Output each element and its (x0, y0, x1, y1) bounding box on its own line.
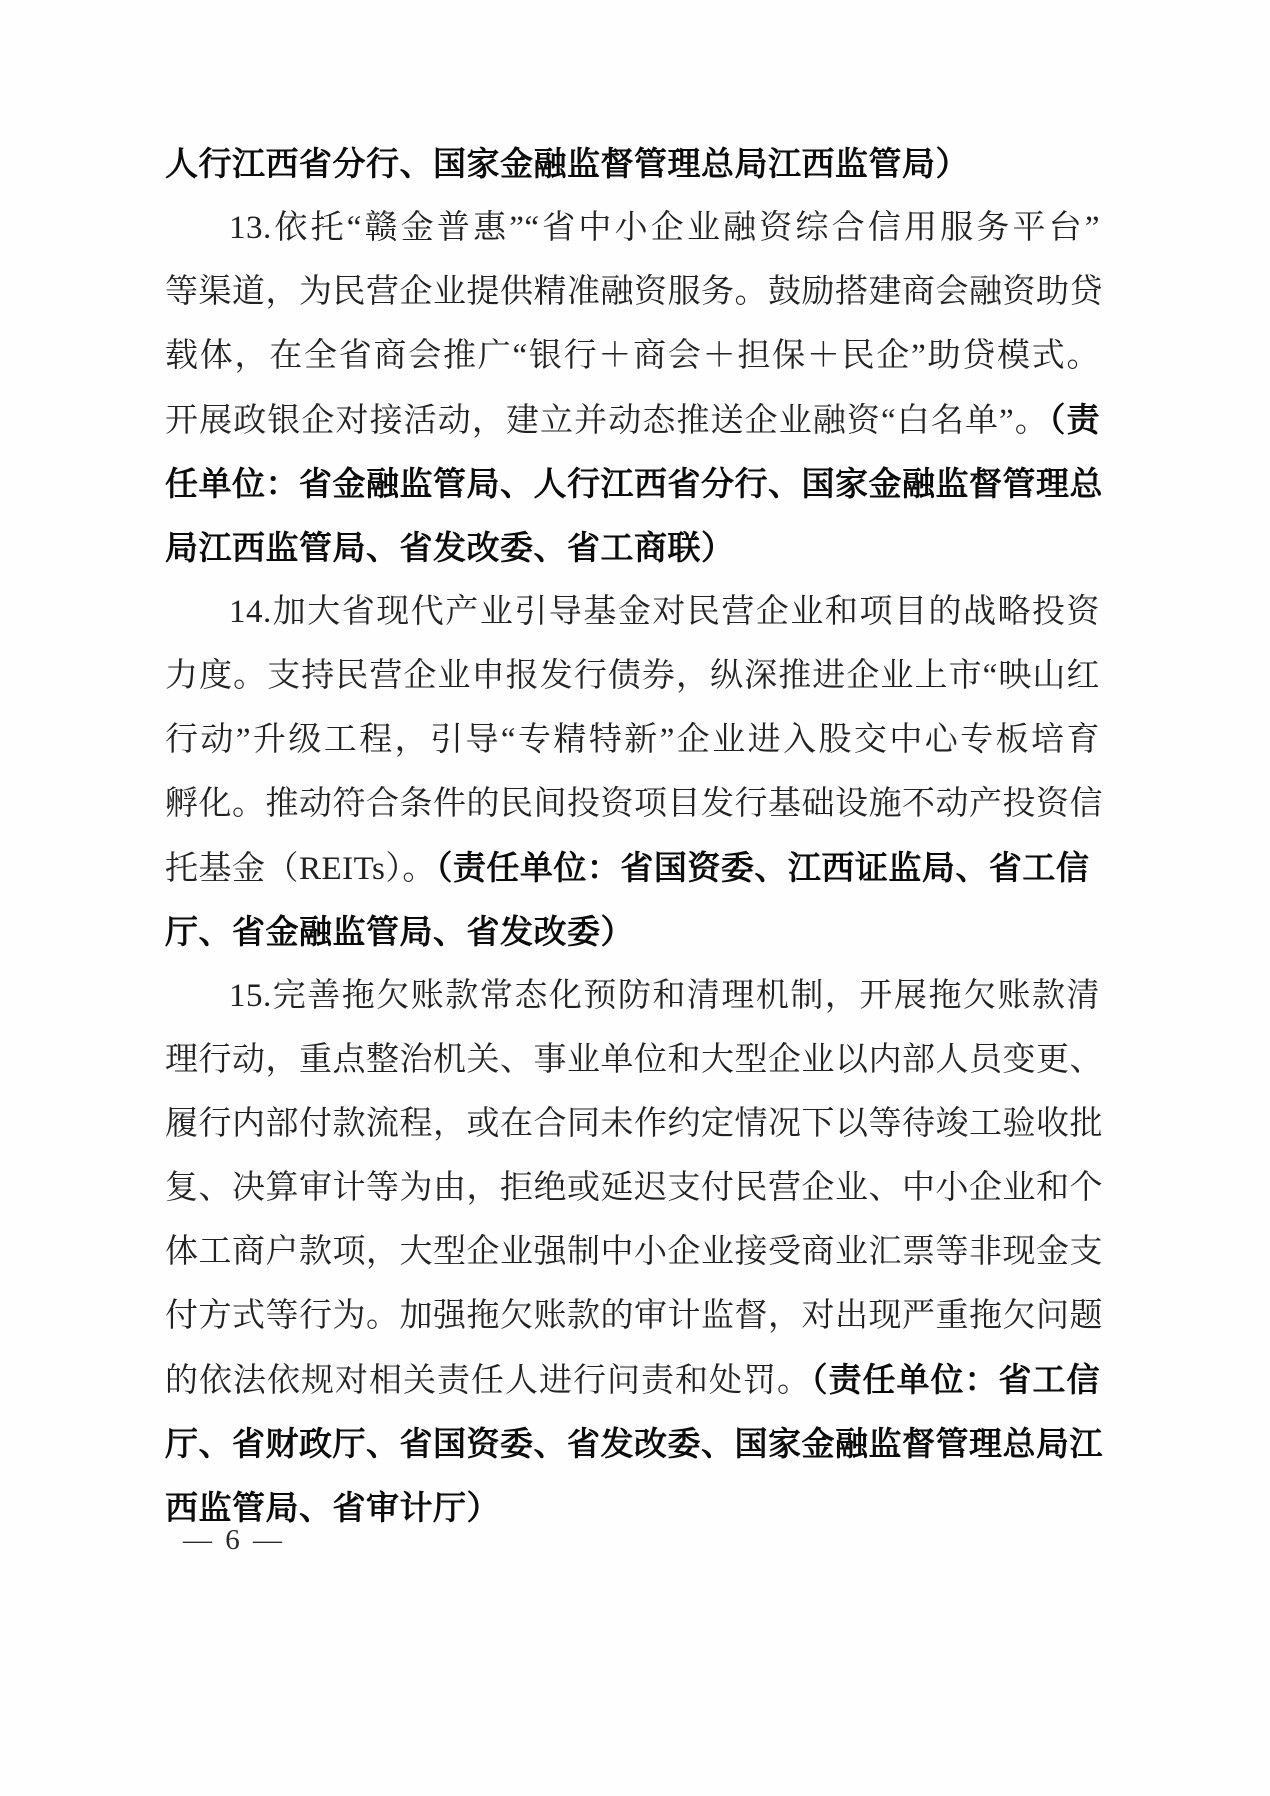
text-segment-bold: 厅、省财政厅、省国资委、省发改委、国家金融监督管理总局江 (165, 1425, 1103, 1462)
text-segment: 等渠道，为民营企业提供精准融资服务。鼓励搭建商会融资助贷 (165, 274, 1103, 310)
document-body: 人行江西省分行、国家金融监督管理总局江西监管局）13.依托“赣金普惠”“省中小企… (165, 132, 1100, 1540)
text-segment: 载体，在全省商会推广“银行＋商会＋担保＋民企”助贷模式。 (165, 338, 1100, 374)
document-line: 人行江西省分行、国家金融监督管理总局江西监管局） (165, 132, 1100, 196)
text-segment-bold: 任单位：省金融监管局、人行江西省分行、国家金融监督管理总 (165, 465, 1103, 502)
text-segment-bold: 人行江西省分行、国家金融监督管理总局江西监管局） (165, 145, 969, 182)
document-line: 局江西监管局、省发改委、省工商联） (165, 516, 1100, 580)
document-line: 15.完善拖欠账款常态化预防和清理机制，开展拖欠账款清 (165, 964, 1100, 1028)
document-line: 厅、省财政厅、省国资委、省发改委、国家金融监督管理总局江 (165, 1412, 1100, 1476)
text-segment: 15.完善拖欠账款常态化预防和清理机制，开展拖欠账款清 (229, 978, 1100, 1014)
text-segment: 托基金（REITs）。 (165, 851, 436, 887)
text-segment: 13.依托“赣金普惠”“省中小企业融资综合信用服务平台” (229, 210, 1100, 246)
text-segment-bold: 局江西监管局、省发改委、省工商联） (165, 529, 735, 566)
document-line: 任单位：省金融监管局、人行江西省分行、国家金融监督管理总 (165, 452, 1100, 516)
text-segment: 力度。支持民营企业申报发行债券，纵深推进企业上市“映山红 (165, 658, 1100, 694)
document-line: 行动”升级工程，引导“专精特新”企业进入股交中心专板培育 (165, 708, 1100, 772)
text-segment: 孵化。推动符合条件的民间投资项目发行基础设施不动产投资信 (165, 786, 1103, 822)
text-segment: 行动”升级工程，引导“专精特新”企业进入股交中心专板培育 (165, 722, 1100, 758)
page-number: — 6 — (183, 1520, 285, 1560)
text-segment-bold: 厅、省金融监管局、省发改委） (165, 913, 634, 950)
document-line: 13.依托“赣金普惠”“省中小企业融资综合信用服务平台” (165, 196, 1100, 260)
document-line: 托基金（REITs）。（责任单位：省国资委、江西证监局、省工信 (165, 836, 1100, 900)
document-line: 理行动，重点整治机关、事业单位和大型企业以内部人员变更、 (165, 1028, 1100, 1092)
document-line: 载体，在全省商会推广“银行＋商会＋担保＋民企”助贷模式。 (165, 324, 1100, 388)
document-page: 人行江西省分行、国家金融监督管理总局江西监管局）13.依托“赣金普惠”“省中小企… (0, 0, 1270, 1796)
document-line: 付方式等行为。加强拖欠账款的审计监督，对出现严重拖欠问题 (165, 1284, 1100, 1348)
text-segment: 复、决算审计等为由，拒绝或延迟支付民营企业、中小企业和个 (165, 1170, 1103, 1206)
document-line: 复、决算审计等为由，拒绝或延迟支付民营企业、中小企业和个 (165, 1156, 1100, 1220)
document-line: 体工商户款项，大型企业强制中小企业接受商业汇票等非现金支 (165, 1220, 1100, 1284)
document-line: 西监管局、省审计厅） (165, 1476, 1100, 1540)
document-line: 孵化。推动符合条件的民间投资项目发行基础设施不动产投资信 (165, 772, 1100, 836)
document-line: 等渠道，为民营企业提供精准融资服务。鼓励搭建商会融资助贷 (165, 260, 1100, 324)
text-segment: 14.加大省现代产业引导基金对民营企业和项目的战略投资 (229, 594, 1100, 630)
document-line: 14.加大省现代产业引导基金对民营企业和项目的战略投资 (165, 580, 1100, 644)
text-segment: 的依法依规对相关责任人进行问责和处罚。 (165, 1363, 811, 1399)
text-segment: 理行动，重点整治机关、事业单位和大型企业以内部人员变更、 (165, 1042, 1103, 1078)
text-segment-bold: （责 (1049, 401, 1100, 438)
text-segment-bold: （责任单位：省工信 (811, 1361, 1100, 1398)
document-line: 履行内部付款流程，或在合同未作约定情况下以等待竣工验收批 (165, 1092, 1100, 1156)
document-line: 开展政银企对接活动，建立并动态推送企业融资“白名单”。（责 (165, 388, 1100, 452)
text-segment: 开展政银企对接活动，建立并动态推送企业融资“白名单”。 (165, 403, 1049, 439)
document-line: 的依法依规对相关责任人进行问责和处罚。（责任单位：省工信 (165, 1348, 1100, 1412)
document-line: 厅、省金融监管局、省发改委） (165, 900, 1100, 964)
text-segment: 履行内部付款流程，或在合同未作约定情况下以等待竣工验收批 (165, 1106, 1103, 1142)
text-segment-bold: （责任单位：省国资委、江西证监局、省工信 (436, 849, 1090, 886)
text-segment: 体工商户款项，大型企业强制中小企业接受商业汇票等非现金支 (165, 1234, 1103, 1270)
text-segment: 付方式等行为。加强拖欠账款的审计监督，对出现严重拖欠问题 (165, 1298, 1103, 1334)
document-line: 力度。支持民营企业申报发行债券，纵深推进企业上市“映山红 (165, 644, 1100, 708)
